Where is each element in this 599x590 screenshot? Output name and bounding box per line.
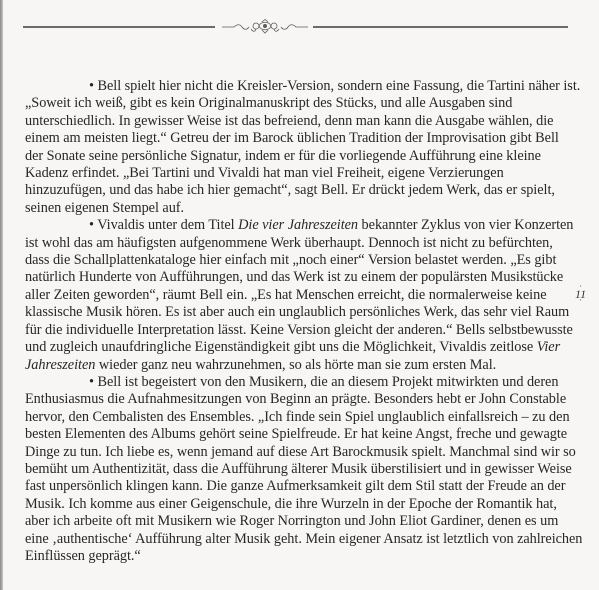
text-line: natürlich Hunderte von Aufführungen, und… bbox=[25, 269, 562, 286]
text-line: Dinge zu tun. Ich liebe es, wenn jemand … bbox=[25, 444, 562, 461]
work-title: Die vier Jahreszeiten bbox=[238, 217, 358, 233]
text-line: besten Elementen des Albums gehört seine… bbox=[25, 426, 562, 443]
rule-line-right bbox=[313, 26, 568, 28]
article-body: • Bell spielt hier nicht die Kreisler-Ve… bbox=[25, 78, 562, 565]
text-line: „Soweit ich weiß, gibt es kein Originalm… bbox=[25, 95, 562, 112]
text-line: Musik. Ich komme aus einer Geigenschule,… bbox=[25, 496, 562, 513]
text-line: hinzuzufügen, und das habe ich hier gema… bbox=[25, 182, 562, 199]
text-line: der Sonate seine persönliche Signatur, i… bbox=[25, 148, 562, 165]
text-line: aber ich arbeite oft mit Musikern wie Ro… bbox=[25, 513, 562, 530]
work-title: Vier bbox=[537, 339, 560, 355]
text-line: aller Zeiten geworden“, räumt Bell ein. … bbox=[25, 287, 562, 304]
bullet: • bbox=[89, 78, 94, 94]
text-line: fast unpersönlich klingen kann. Die ganz… bbox=[25, 478, 562, 495]
text-line: einem am meisten liegt.“ Getreu der im B… bbox=[25, 130, 562, 147]
text-line: klassische Musik hören. Es ist aber auch… bbox=[25, 304, 562, 321]
page-number: · 11 · bbox=[575, 284, 586, 304]
rule-line-left bbox=[23, 26, 215, 28]
scroll-ornament-icon bbox=[220, 19, 310, 35]
text-line: eine ‚authentische‘ Aufführung alter Mus… bbox=[25, 531, 562, 548]
ornamental-header-rule bbox=[23, 22, 568, 34]
paragraph-3: • Bell ist begeistert von den Musikern, … bbox=[25, 374, 562, 565]
page-edge-shadow bbox=[0, 0, 3, 590]
paragraph-1: • Bell spielt hier nicht die Kreisler-Ve… bbox=[25, 78, 562, 217]
text-line: und zugleich unaufdringliche Eigenständi… bbox=[25, 339, 562, 356]
text-line: hervor, den Cembalisten des Ensembles. „… bbox=[25, 409, 562, 426]
text-line: Jahreszeiten wieder ganz neu wahrzunehme… bbox=[25, 357, 562, 374]
text-line: dass die Schallplattenkataloge hier einf… bbox=[25, 252, 562, 269]
paragraph-2: • Vivaldis unter dem Titel Die vier Jahr… bbox=[25, 217, 562, 374]
text-line: ist wohl das am häufigsten aufgenommene … bbox=[25, 235, 562, 252]
text-line: bemüht um Authentizität, dass die Auffüh… bbox=[25, 461, 562, 478]
text-line: Einflüssen geprägt.“ bbox=[25, 548, 562, 565]
text-line: seinen eigenen Stempel auf. bbox=[25, 200, 562, 217]
text-line: • Bell ist begeistert von den Musikern, … bbox=[25, 374, 562, 391]
bullet: • bbox=[89, 374, 94, 390]
bullet: • bbox=[89, 217, 94, 233]
text-line: Enthusiasmus die Aufnahmesitzungen von B… bbox=[25, 391, 562, 408]
text-line: für die individuelle Interpretation läss… bbox=[25, 322, 562, 339]
text-line: • Vivaldis unter dem Titel Die vier Jahr… bbox=[25, 217, 562, 234]
text-line: • Bell spielt hier nicht die Kreisler-Ve… bbox=[25, 78, 562, 95]
text-line: unterschiedlich. In gewisser Weise ist d… bbox=[25, 113, 562, 130]
work-title: Jahreszeiten bbox=[25, 357, 95, 373]
text-line: Kadenz erfindet. „Bei Tartini und Vivald… bbox=[25, 165, 562, 182]
